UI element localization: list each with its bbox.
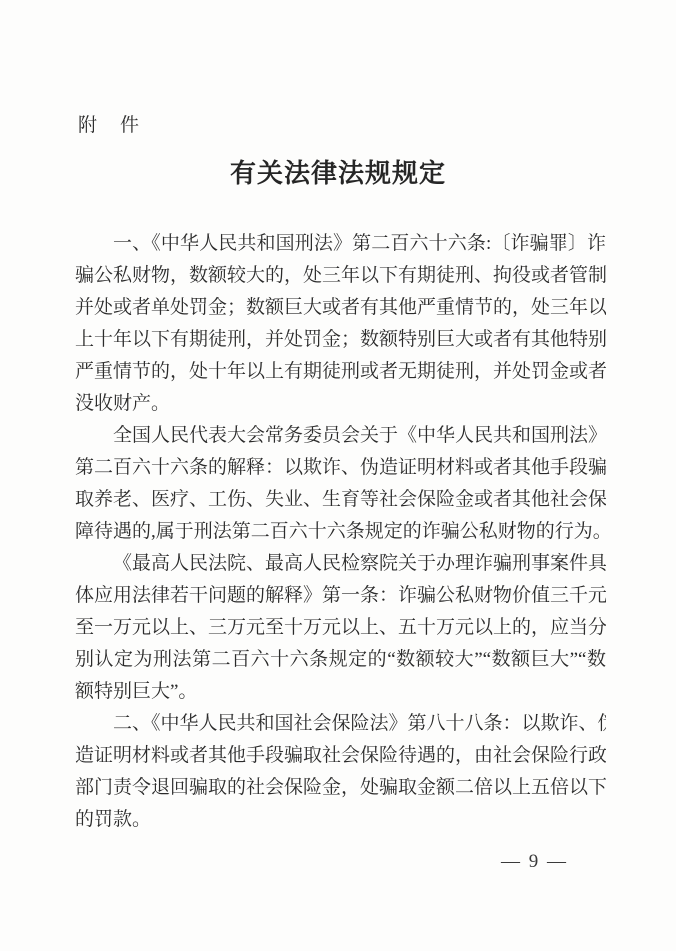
text-line: 障待遇的,属于刑法第二百六十六条规定的诈骗公私财物的行为。: [75, 516, 606, 548]
text-line: 上十年以下有期徒刑，并处罚金；数额特别巨大或者有其他特别: [75, 324, 606, 356]
document-title: 有关法律法规规定: [0, 153, 676, 190]
text-line: 部门责令退回骗取的社会保险金，处骗取金额二倍以上五倍以下: [75, 772, 606, 804]
text-line: 取养老、医疗、工伤、失业、生育等社会保险金或者其他社会保: [75, 484, 606, 516]
text-line: 全国人民代表大会常务委员会关于《中华人民共和国刑法》: [75, 420, 606, 452]
document-body: 一、《中华人民共和国刑法》第二百六十六条:〔诈骗罪〕诈骗公私财物，数额较大的，处…: [75, 228, 606, 836]
text-line: 造证明材料或者其他手段骗取社会保险待遇的，由社会保险行政: [75, 740, 606, 772]
text-line: 《最高人民法院、最高人民检察院关于办理诈骗刑事案件具: [75, 548, 606, 580]
text-line: 至一万元以上、三万元至十万元以上、五十万元以上的，应当分: [75, 612, 606, 644]
text-line: 并处或者单处罚金；数额巨大或者有其他严重情节的，处三年以: [75, 292, 606, 324]
document-page: 附 件 有关法律法规规定 一、《中华人民共和国刑法》第二百六十六条:〔诈骗罪〕诈…: [0, 0, 676, 951]
text-line: 没收财产。: [75, 388, 606, 420]
text-line: 别认定为刑法第二百六十六条规定的“数额较大”“数额巨大”“数: [75, 644, 606, 676]
text-line: 骗公私财物，数额较大的，处三年以下有期徒刑、拘役或者管制，: [75, 260, 606, 292]
text-line: 一、《中华人民共和国刑法》第二百六十六条:〔诈骗罪〕诈: [75, 228, 606, 260]
text-line: 严重情节的，处十年以上有期徒刑或者无期徒刑，并处罚金或者: [75, 356, 606, 388]
text-line: 体应用法律若干问题的解释》第一条：诈骗公私财物价值三千元: [75, 580, 606, 612]
text-line: 二、《中华人民共和国社会保险法》第八十八条：以欺诈、伪: [75, 708, 606, 740]
text-line: 的罚款。: [75, 804, 606, 836]
text-line: 额特别巨大”。: [75, 676, 606, 708]
text-line: 第二百六十六条的解释：以欺诈、伪造证明材料或者其他手段骗: [75, 452, 606, 484]
attachment-label: 附 件: [78, 110, 141, 137]
page-number: — 9 —: [501, 851, 568, 873]
